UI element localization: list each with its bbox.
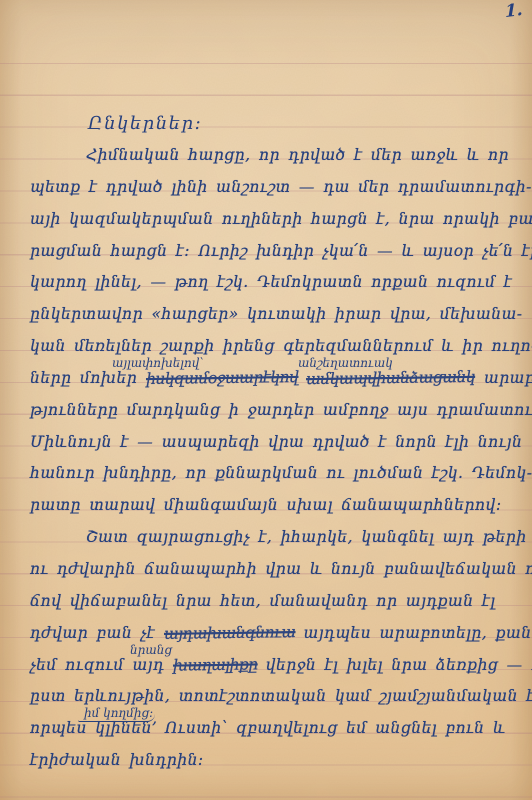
handwritten-text: րատը տարավ միանգամայն սխալ ճանապարհներով… (30, 496, 502, 514)
handwritten-text: այի կազմակերպման ուղիների հարցն է, նրա ո… (30, 210, 532, 228)
handwritten-text: կարող լինել, — թող էշկ. Դեմոկրատն որքան … (30, 273, 512, 291)
inserted-correction: իմ կողմից: (78, 706, 155, 722)
manuscript-line: րատը տարավ միանգամայն սխալ ճանապարհներով… (30, 490, 520, 522)
manuscript-line: րացման հարցն է։ Ուրիշ խնդիր չկա՛ն — և այ… (30, 236, 520, 268)
manuscript-line: Հիմնական հարցը, որ դրված է մեր առջև և որ (30, 140, 520, 172)
handwritten-text: էրիժական խնդրին։ (30, 751, 204, 769)
manuscript-line: ընկերտավոր «հարցեր» կուտակի իրար վրա, մե… (30, 299, 520, 331)
manuscript-line: որպես կլինեն՚ Ուստի՝ զբաղվելուց եմ անցնե… (30, 713, 520, 745)
handwritten-text: ըստ երևույթին, տոտէշտոտական կամ շյամշյան… (30, 687, 532, 705)
handwritten-text: արաբոտու- (476, 369, 532, 387)
manuscript-line: պետք է դրված լինի անշուշտ — դա մեր դրամա… (30, 172, 520, 204)
manuscript-line: Միևնույն է — ասպարեզի վրա դրված է նորն է… (30, 427, 520, 459)
handwritten-text: Միևնույն է — ասպարեզի վրա դրված է նորն է… (30, 433, 522, 451)
manuscript-line: հանուր խնդիրը, որ քննարկման ու լուծման է… (30, 458, 520, 490)
manuscript-line: այի կազմակերպման ուղիների հարցն է, նրա ո… (30, 204, 520, 236)
inserted-correction: անշեղատուակ (298, 356, 393, 370)
manuscript-line: կարող լինել, — թող էշկ. Դեմոկրատն որքան … (30, 267, 520, 299)
handwritten-text: վերջն էլ խլել նրա ձեռքից — դա, (257, 656, 532, 674)
handwritten-text: րացման հարցն է։ Ուրիշ խնդիր չկա՛ն — և այ… (30, 242, 532, 260)
manuscript-heading: Ընկերներ: (30, 108, 520, 140)
handwritten-text: ընկերտավոր «հարցեր» կուտակի իրար վրա, մե… (30, 305, 523, 323)
manuscript-line: կան մեռելներ շարքի իրենց գերեզմաններում … (30, 331, 520, 363)
handwritten-text: թյունները մարդկանց ի ջարդեր ամբողջ այս դ… (30, 401, 532, 419)
handwritten-text: Շատ զայրացուցիչ է, իհարկե, կանգնել այդ թ… (86, 528, 527, 546)
handwritten-text: պետք է դրված լինի անշուշտ — դա մեր դրամա… (30, 178, 532, 196)
manuscript-line: չեմ ուզում այդ խաղալիքը վերջն էլ խլել նր… (30, 650, 520, 682)
manuscript-line: էրիժական խնդրին։ (30, 745, 520, 777)
manuscript-line: ու դժվարին ճանապարհի վրա և նույն բանավեճ… (30, 554, 520, 586)
handwritten-text: չեմ ուզում այդ (30, 656, 173, 674)
manuscript-page: 1. Ընկերներ: Հիմնական հարցը, որ դրված է … (0, 0, 532, 800)
handwritten-text: հանուր խնդիրը, որ քննարկման ու լուծման է… (30, 464, 532, 482)
manuscript-line: ները մոխեր իսկզամօջաարէկով ամկապվիանձացա… (30, 363, 520, 395)
handwritten-text: ու դժվարին ճանապարհի վրա և նույն բանավեճ… (30, 560, 532, 578)
handwritten-text: ները մոխեր (30, 369, 146, 387)
handwritten-text: կան մեռելներ շարքի իրենց գերեզմաններում … (30, 337, 532, 355)
inserted-correction: նրանց (130, 643, 172, 657)
struck-out-text: այդախանգնուա (163, 617, 295, 651)
manuscript-line: դժվար բան չէ այդախանգնուա այդպես արաբոտե… (30, 618, 520, 650)
inserted-correction: այլափոխելով՝ (112, 356, 204, 370)
manuscript-text: Ընկերներ: Հիմնական հարցը, որ դրված է մեր… (30, 108, 520, 777)
handwritten-text: այդպես արաբոտելը, քանզի ես (295, 624, 532, 642)
manuscript-lines: Հիմնական հարցը, որ դրված է մեր առջև և որ… (30, 140, 520, 777)
manuscript-line: թյունները մարդկանց ի ջարդեր ամբողջ այս դ… (30, 395, 520, 427)
handwritten-text: ճով վիճաբանել նրա հետ, մանավանդ որ այդքա… (30, 592, 496, 610)
handwritten-text: դժվար բան չէ (30, 624, 164, 642)
struck-out-text: խաղալիքը (172, 649, 257, 682)
manuscript-line: Շատ զայրացուցիչ է, իհարկե, կանգնել այդ թ… (30, 522, 520, 554)
manuscript-line: ճով վիճաբանել նրա հետ, մանավանդ որ այդքա… (30, 586, 520, 618)
page-number: 1. (505, 0, 523, 22)
handwritten-text: Հիմնական հարցը, որ դրված է մեր առջև և որ (86, 146, 509, 164)
